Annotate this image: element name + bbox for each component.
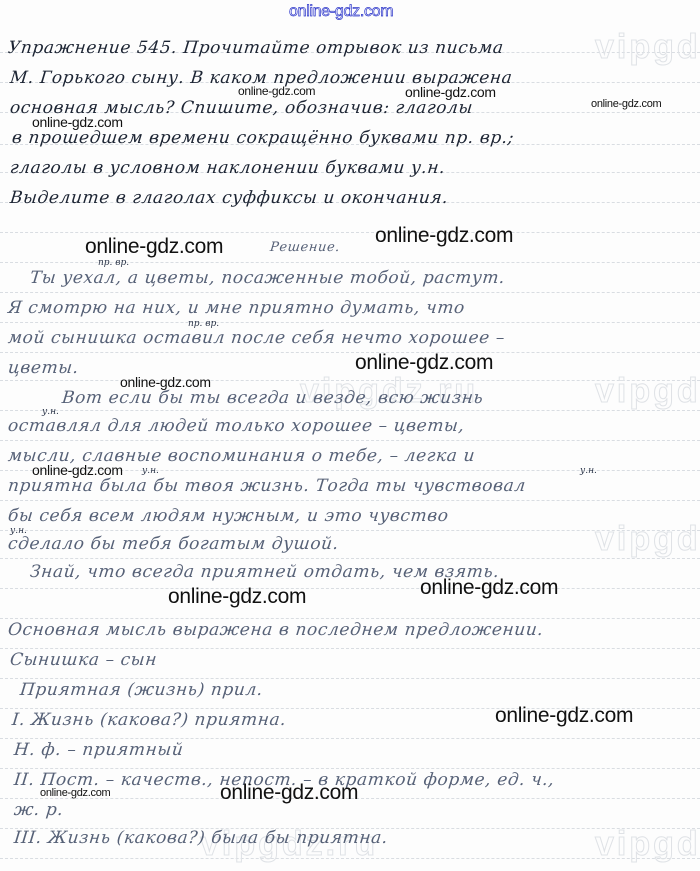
site-watermark: online-gdz.com [495, 704, 633, 728]
ruled-line [0, 352, 700, 353]
task-line: глаголы в условном наклонении буквами у.… [9, 158, 700, 178]
solution-line: Вот если бы ты всегда и везде, всю жизнь [61, 388, 700, 408]
task-line: в прошедшем времени сокращённо буквами п… [11, 128, 700, 148]
ruled-line [0, 588, 700, 589]
ruled-line [0, 648, 700, 649]
conclusion-line: Основная мысль выражена в последнем пред… [7, 620, 700, 640]
ruled-line [0, 232, 700, 233]
site-watermark: online-gdz.com [85, 235, 223, 259]
ruled-line [0, 618, 700, 619]
site-watermark: online-gdz.com [420, 576, 558, 600]
ruled-line [0, 678, 700, 679]
morph-title: Приятная (жизнь) прил. [19, 680, 700, 700]
morph-line: Н. ф. – приятный [13, 740, 700, 760]
site-watermark: online-gdz.com [591, 98, 661, 110]
site-watermark: online-gdz.com [32, 114, 123, 130]
ruled-line [0, 768, 700, 769]
solution-line: мой сынишка оставил после себя нечто хор… [7, 328, 700, 348]
solution-line: приятна была бы твоя жизнь. Тогда ты чув… [7, 476, 700, 496]
site-watermark-top: online-gdz.com [289, 3, 393, 21]
site-watermark: online-gdz.com [120, 374, 211, 390]
ruled-line [0, 738, 700, 739]
morph-line: III. Жизнь (какова?) была бы приятна. [13, 828, 700, 848]
ruled-line [0, 500, 700, 501]
site-watermark: online-gdz.com [405, 84, 496, 100]
site-watermark: online-gdz.com [375, 224, 513, 248]
site-watermark: online-gdz.com [32, 462, 123, 478]
solution-line: цветы. [7, 358, 700, 378]
ruled-line [0, 322, 700, 323]
task-line: Упражнение 545. Прочитайте отрывок из пи… [7, 38, 700, 58]
solution-line: Ты уехал, а цветы, посаженные тобой, рас… [29, 268, 700, 288]
homework-page: vipgdz.ru vipgdz.ru vipgdz.ru vipgdz.ru … [0, 0, 700, 871]
ruled-line [0, 440, 700, 441]
task-line: М. Горького сыну. В каком предложении вы… [9, 68, 700, 88]
word-parse: Сынишка – сын [9, 650, 700, 670]
site-watermark: online-gdz.com [238, 84, 315, 98]
solution-line: Знай, что всегда приятней отдать, чем вз… [29, 562, 700, 582]
task-line: Выделите в глаголах суффиксы и окончания… [9, 188, 700, 208]
solution-line: сделало бы тебя богатым душой. [7, 534, 700, 554]
annotation-conditional: у.н. [580, 466, 597, 476]
annotation-past: пр. вр. [98, 258, 129, 268]
annotation-conditional: у.н. [142, 466, 159, 476]
site-watermark: online-gdz.com [168, 585, 306, 609]
solution-line: Я смотрю на них, и мне приятно думать, ч… [7, 298, 700, 318]
solution-line: оставлял для людей только хорошее – цвет… [7, 416, 700, 436]
site-watermark: online-gdz.com [355, 351, 493, 375]
site-watermark: online-gdz.com [220, 781, 358, 805]
solution-line: бы себя всем людям нужным, и это чувство [7, 506, 700, 526]
ruled-line [0, 292, 700, 293]
site-watermark: online-gdz.com [40, 787, 110, 799]
